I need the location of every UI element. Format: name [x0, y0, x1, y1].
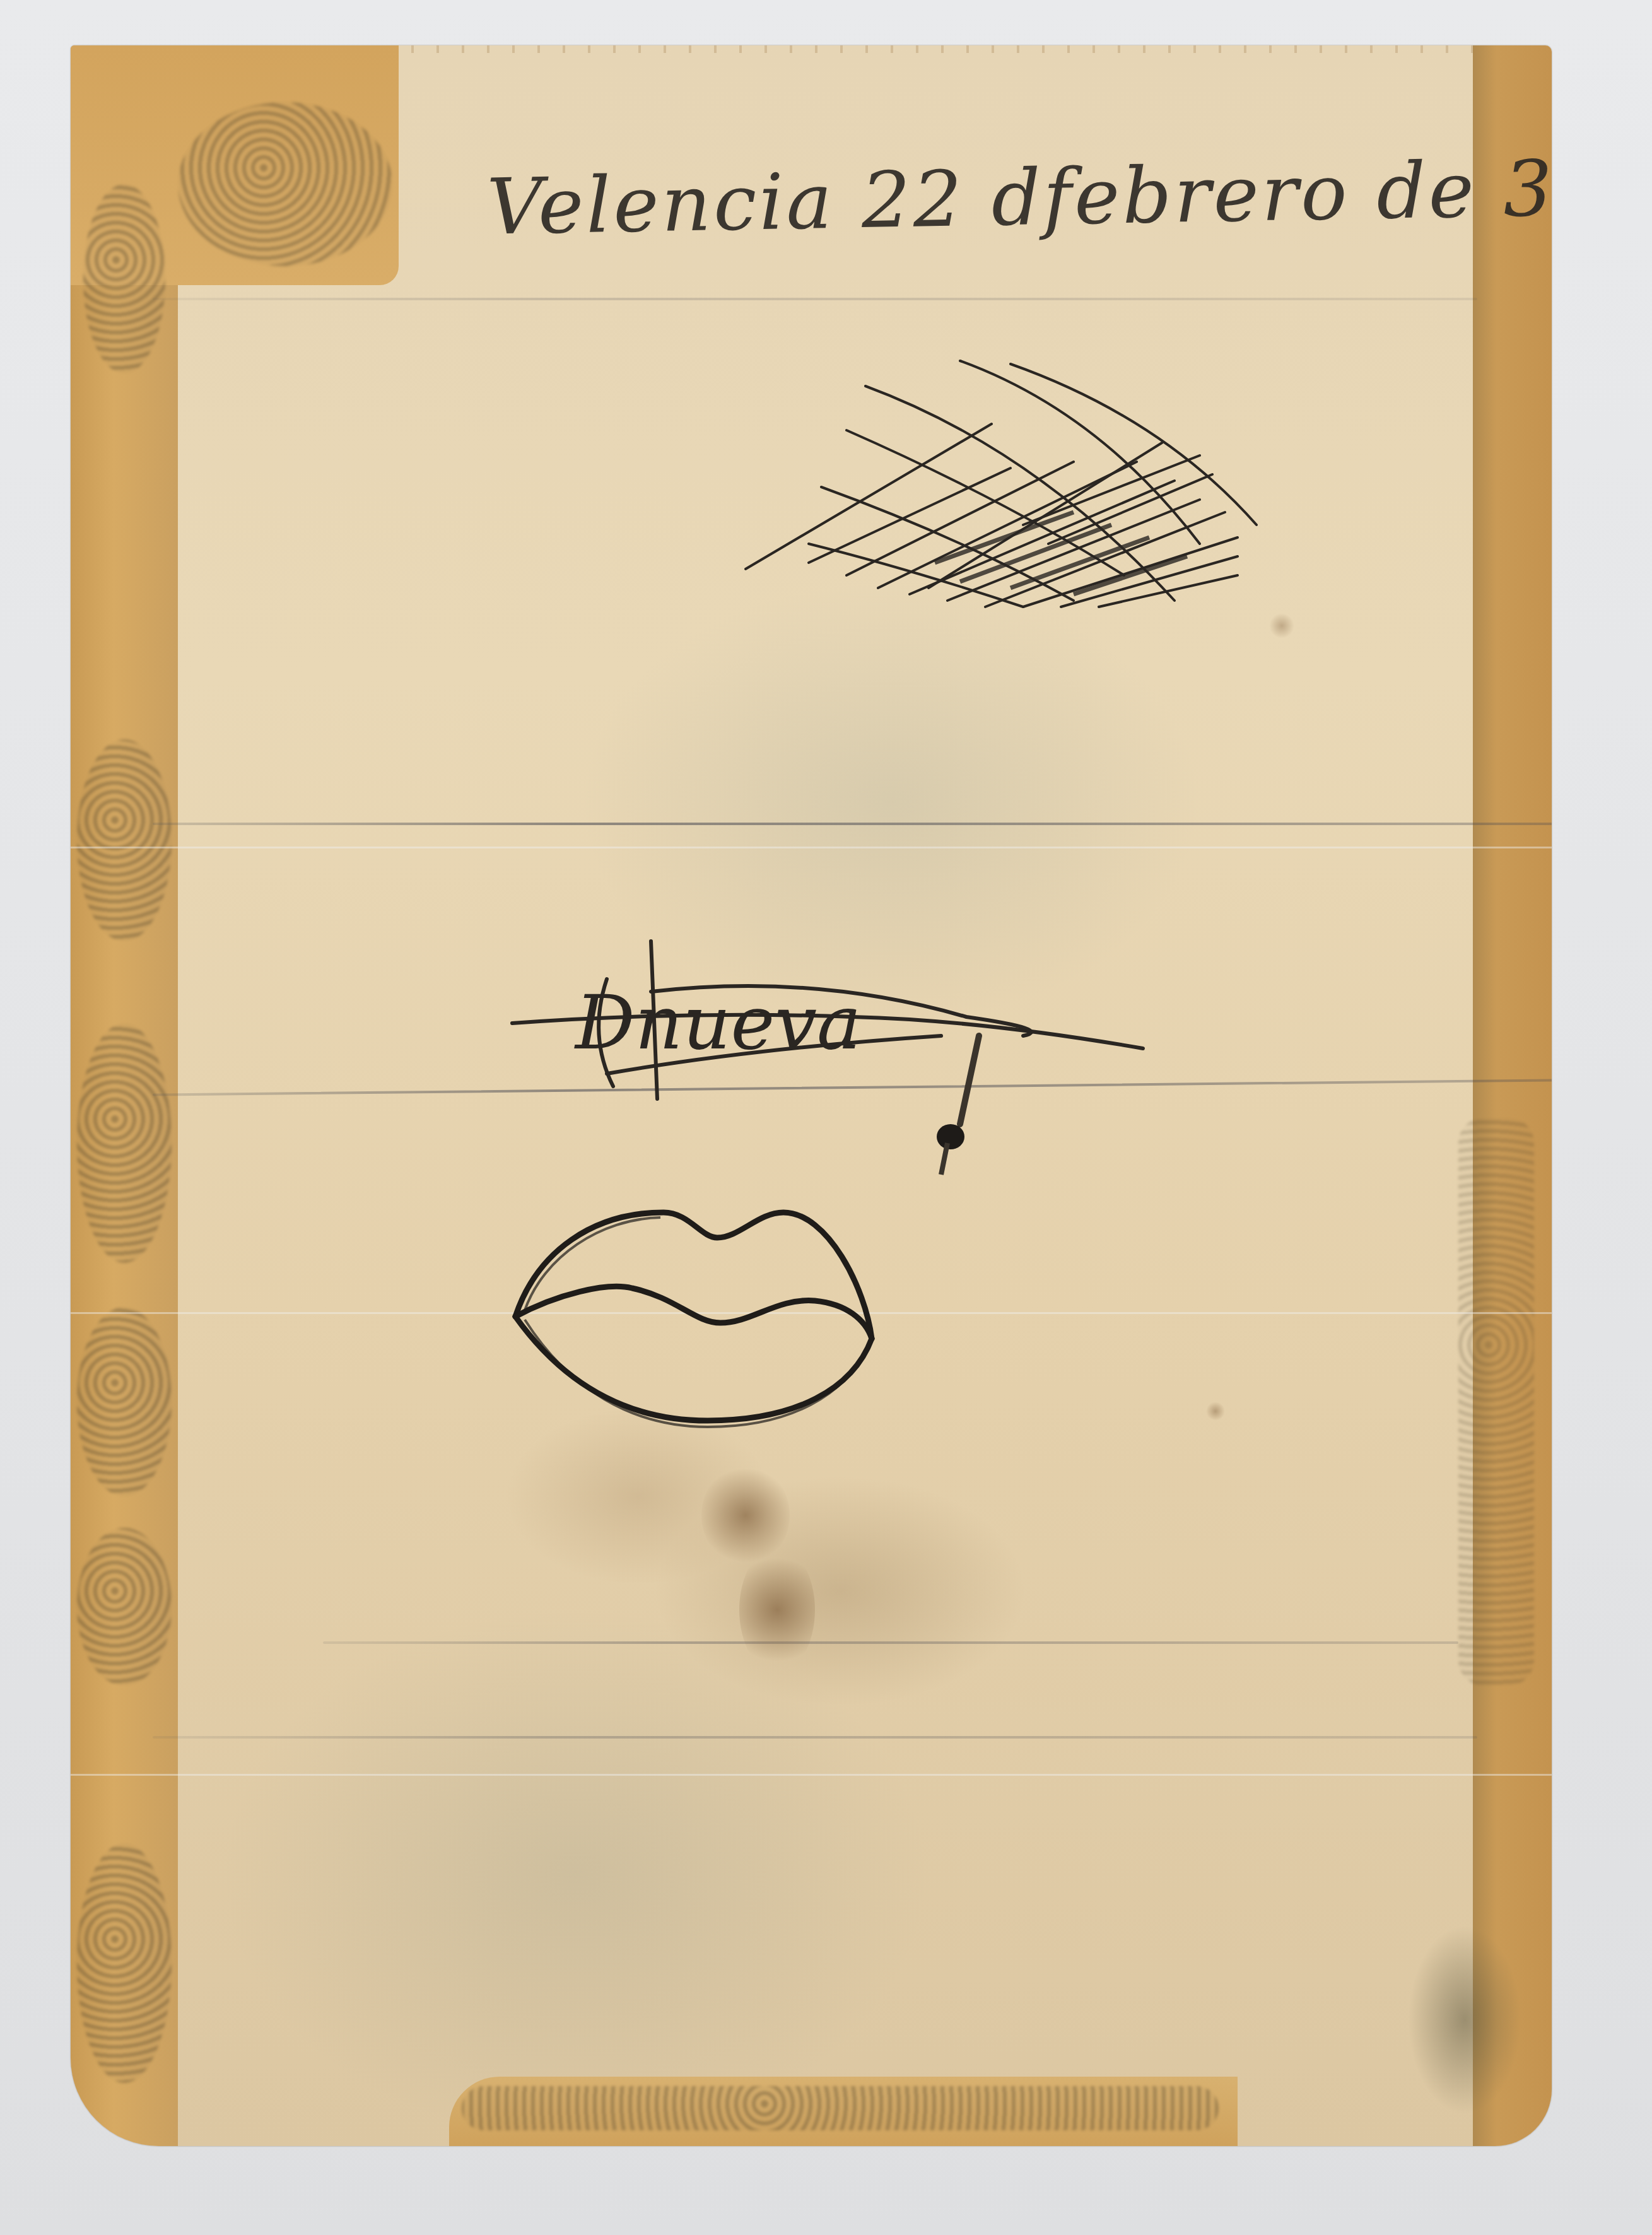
stain-4: [1206, 1402, 1225, 1421]
rosette-ornament-left-2: [77, 739, 172, 941]
stain-3: [1269, 613, 1294, 638]
crossed-out-signature: Dnueva: [500, 922, 1156, 1112]
rosette-ornament-left-1: [83, 184, 165, 373]
right-stained-band: [1473, 45, 1552, 2146]
paper-sheet: Velencia 22 dfebrero de 37: [71, 45, 1552, 2146]
fold-line-1: [71, 847, 1552, 848]
stain-5: [1408, 1925, 1521, 2115]
ruled-line-3: [323, 1641, 1458, 1644]
fold-line-3: [71, 1774, 1552, 1776]
right-band-ornament: [1458, 1118, 1534, 1686]
rope-ornament-bottom: [462, 2086, 1219, 2130]
rosette-ornament-left-5: [77, 1528, 172, 1686]
ruled-line-top: [153, 298, 1477, 300]
cross-hatching-drawing: [720, 336, 1288, 601]
signature-text: Dnueva: [574, 979, 861, 1066]
lips-drawing: [500, 1175, 903, 1446]
ink-blot: [916, 1030, 992, 1181]
wreath-ornament-top-left: [178, 102, 392, 266]
ruled-line-1: [153, 823, 1552, 825]
rosette-ornament-left-4: [77, 1307, 172, 1496]
ruled-line-4: [153, 1736, 1477, 1739]
rosette-ornament-left-6: [77, 1843, 172, 2083]
stain-2: [739, 1547, 815, 1673]
date-line-handwriting: Velencia 22 dfebrero de 37: [486, 143, 1552, 252]
photo-background: Velencia 22 dfebrero de 37: [0, 0, 1652, 2235]
rosette-ornament-left-3: [77, 1023, 172, 1263]
